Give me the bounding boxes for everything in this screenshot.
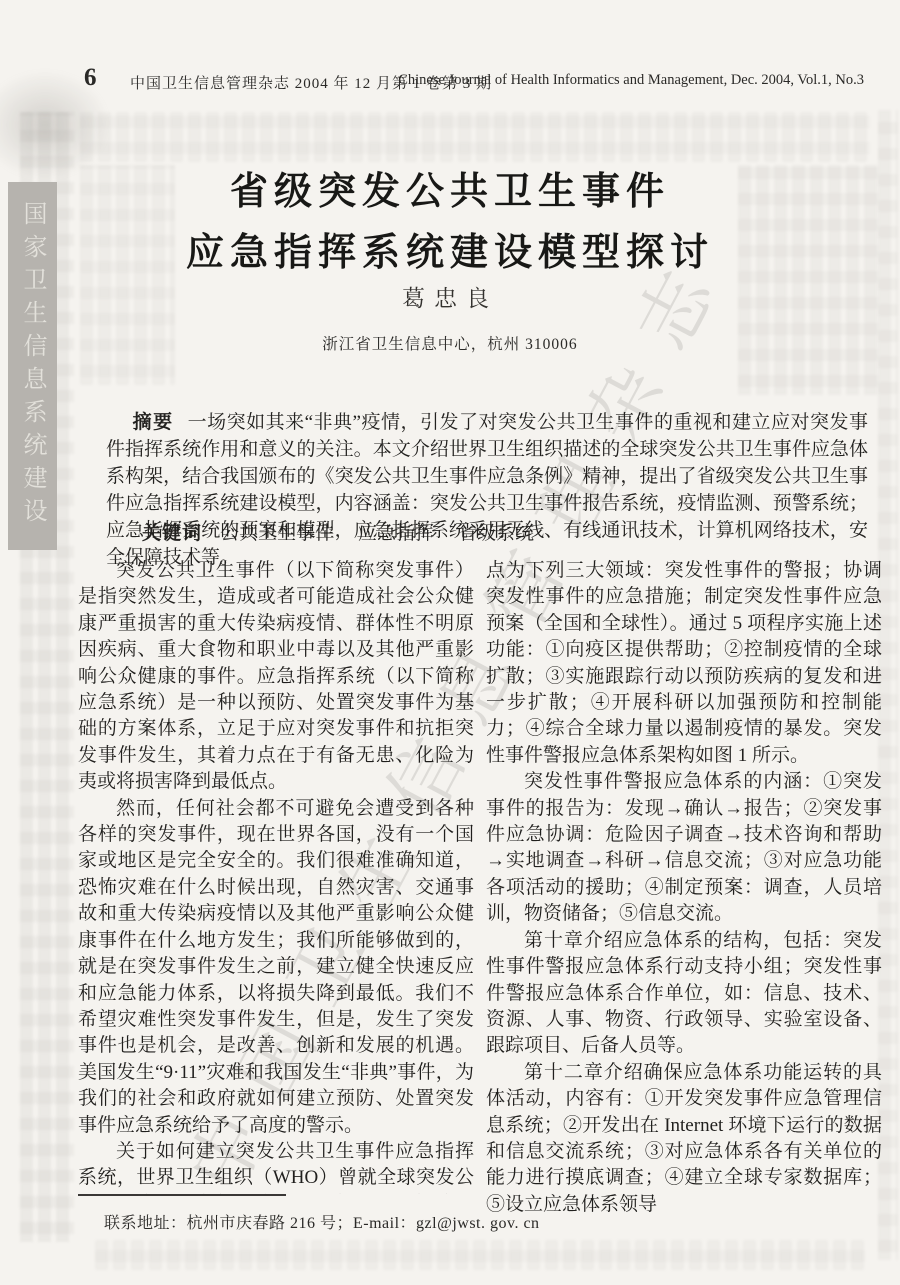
- keyword-item: 公共卫生事件: [220, 523, 334, 544]
- body-paragraph: 第十二章介绍确保应急体系功能运转的具体活动，内容有：①开发突发事件应急管理信息系…: [486, 1060, 882, 1218]
- body-right-column: 点为下列三大领域：突发性事件的警报；协调突发性事件的应急措施；制定突发性事件应急…: [486, 558, 882, 1262]
- journal-title-english: Chinese Journal of Health Informatics an…: [398, 72, 864, 89]
- article-title-line-1: 省级突发公共卫生事件: [0, 162, 900, 223]
- journal-page: 中国卫生信息管理杂志 6 中国卫生信息管理杂志 2004 年 12 月第 1 卷…: [0, 0, 900, 1285]
- article-title-line-2: 应急指挥系统建设模型探讨: [0, 223, 900, 284]
- body-left-column: 突发公共卫生事件（以下简称突发事件）是指突然发生，造成或者可能造成社会公众健康严…: [78, 558, 474, 1194]
- bleed-through-top-strip: [80, 112, 870, 162]
- contact-address: 联系地址：杭州市庆春路 216 号；E-mail：gzl@jwst. gov. …: [104, 1210, 540, 1233]
- keywords-label: 关键词: [142, 523, 202, 544]
- abstract-label: 摘要: [133, 412, 174, 433]
- keywords-line: 关键词公共卫生事件应急指挥省级系统: [142, 518, 862, 545]
- body-paragraph: 然而，任何社会都不可避免会遭受到各种各样的突发事件，现在世界各国，没有一个国家或…: [78, 796, 474, 1139]
- body-paragraph: 突发性事件警报应急体系的内涵：①突发事件的报告为：发现→确认→报告；②突发事件应…: [486, 769, 882, 927]
- abstract-paragraph: 摘要一场突如其来“非典”疫情，引发了对突发公共卫生事件的重视和建立应对突发事件指…: [106, 409, 868, 571]
- body-paragraph: 关于如何建立突发公共卫生事件应急指挥系统，世界卫生组织（WHO）曾就全球突发公共…: [78, 1139, 474, 1194]
- keyword-item: 省级系统: [458, 523, 534, 544]
- footnote-divider: [78, 1194, 286, 1196]
- author-name: 葛忠良: [0, 280, 900, 313]
- page-number: 6: [84, 64, 97, 92]
- body-paragraph: 第十章介绍应急体系的结构，包括：突发性事件警报应急体系行动支持小组；突发性事件警…: [486, 928, 882, 1060]
- body-paragraph: 突发公共卫生事件（以下简称突发事件）是指突然发生，造成或者可能造成社会公众健康严…: [78, 558, 474, 796]
- author-affiliation: 浙江省卫生信息中心，杭州 310006: [0, 332, 900, 354]
- article-title: 省级突发公共卫生事件 应急指挥系统建设模型探讨: [0, 162, 900, 284]
- body-paragraph: 点为下列三大领域：突发性事件的警报；协调突发性事件的应急措施；制定突发性事件应急…: [486, 558, 882, 769]
- keyword-item: 应急指挥: [358, 523, 434, 544]
